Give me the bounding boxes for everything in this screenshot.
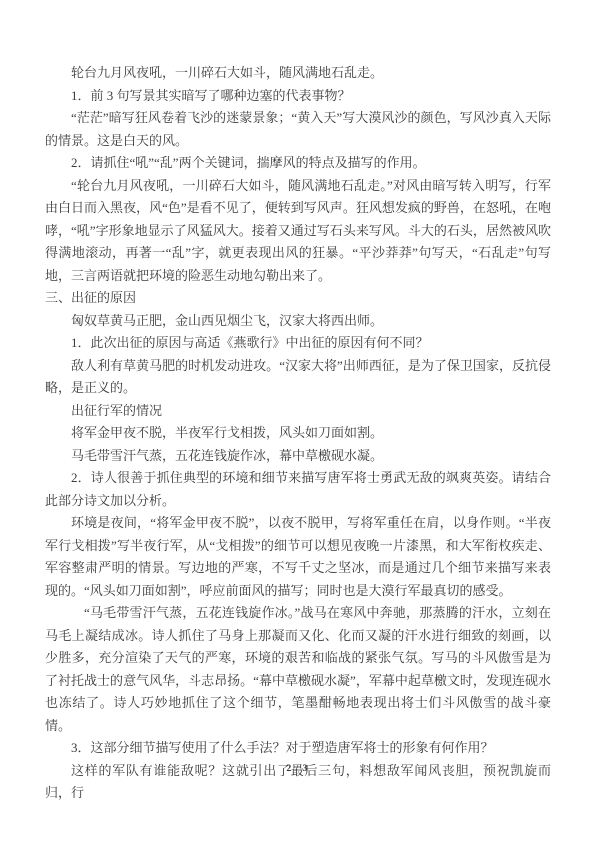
poem-line-reason: 匈奴草黄马正肥，金山西见烟尘飞，汉家大将西出师。 [45, 310, 551, 333]
poem-line-march-2: 马毛带雪汗气蒸，五花连钱旋作冰，幕中草檄砚水凝。 [45, 445, 551, 468]
document-page: 轮台九月风夜吼，一川碎石大如斗，随风满地石乱走。 1．前 3 句写景其实暗写了哪… [0, 0, 595, 841]
answer-march-2b: “马毛带雪汗气蒸，五花连钱旋作冰。”战马在寒风中奔驰，那蒸腾的汗水，立刻在马毛上… [45, 602, 551, 737]
section-heading-reason: 三、出征的原因 [45, 287, 551, 310]
answer-reason-1: 敌人利有草黄马肥的时机发动进攻。“汉家大将”出师西征，是为了保卫国家，反抗侵略，… [45, 355, 551, 400]
document-body: 轮台九月风夜吼，一川碎石大如斗，随风满地石乱走。 1．前 3 句写景其实暗写了哪… [45, 62, 551, 805]
question-march-2: 2．诗人很善于抓住典型的环境和细节来描写唐军将士勇武无敌的飒爽英姿。请结合此部分… [45, 467, 551, 512]
answer-1: “茫茫”暗写狂风卷着飞沙的迷蒙景象；“黄入天”写大漠风沙的颜色，写风沙真入天际的… [45, 107, 551, 152]
question-march-3: 3．这部分细节描写使用了什么手法？对于塑造唐军将士的形象有何作用？ [45, 737, 551, 760]
answer-march-2a: 环境是夜间，“将军金甲夜不脱”，以夜不脱甲，写将军重任在肩，以身作则。“半夜军行… [45, 512, 551, 602]
poem-excerpt-line: 轮台九月风夜吼，一川碎石大如斗，随风满地石乱走。 [45, 62, 551, 85]
poem-line-march-1: 将军金甲夜不脱，半夜军行戈相拨，风头如刀面如割。 [45, 422, 551, 445]
question-2: 2．请抓住“吼”“乱”两个关键词，揣摩风的特点及描写的作用。 [45, 152, 551, 175]
question-1: 1．前 3 句写景其实暗写了哪种边塞的代表事物？ [45, 85, 551, 108]
subheading-march: 出征行军的情况 [45, 400, 551, 423]
page-number: 2 / 3 [0, 764, 595, 774]
answer-2: “轮台九月风夜吼，一川碎石大如斗，随风满地石乱走。”对风由暗写转入明写，行军由白… [45, 175, 551, 288]
question-reason-1: 1．此次出征的原因与高适《燕歌行》中出征的原因有何不同？ [45, 332, 551, 355]
